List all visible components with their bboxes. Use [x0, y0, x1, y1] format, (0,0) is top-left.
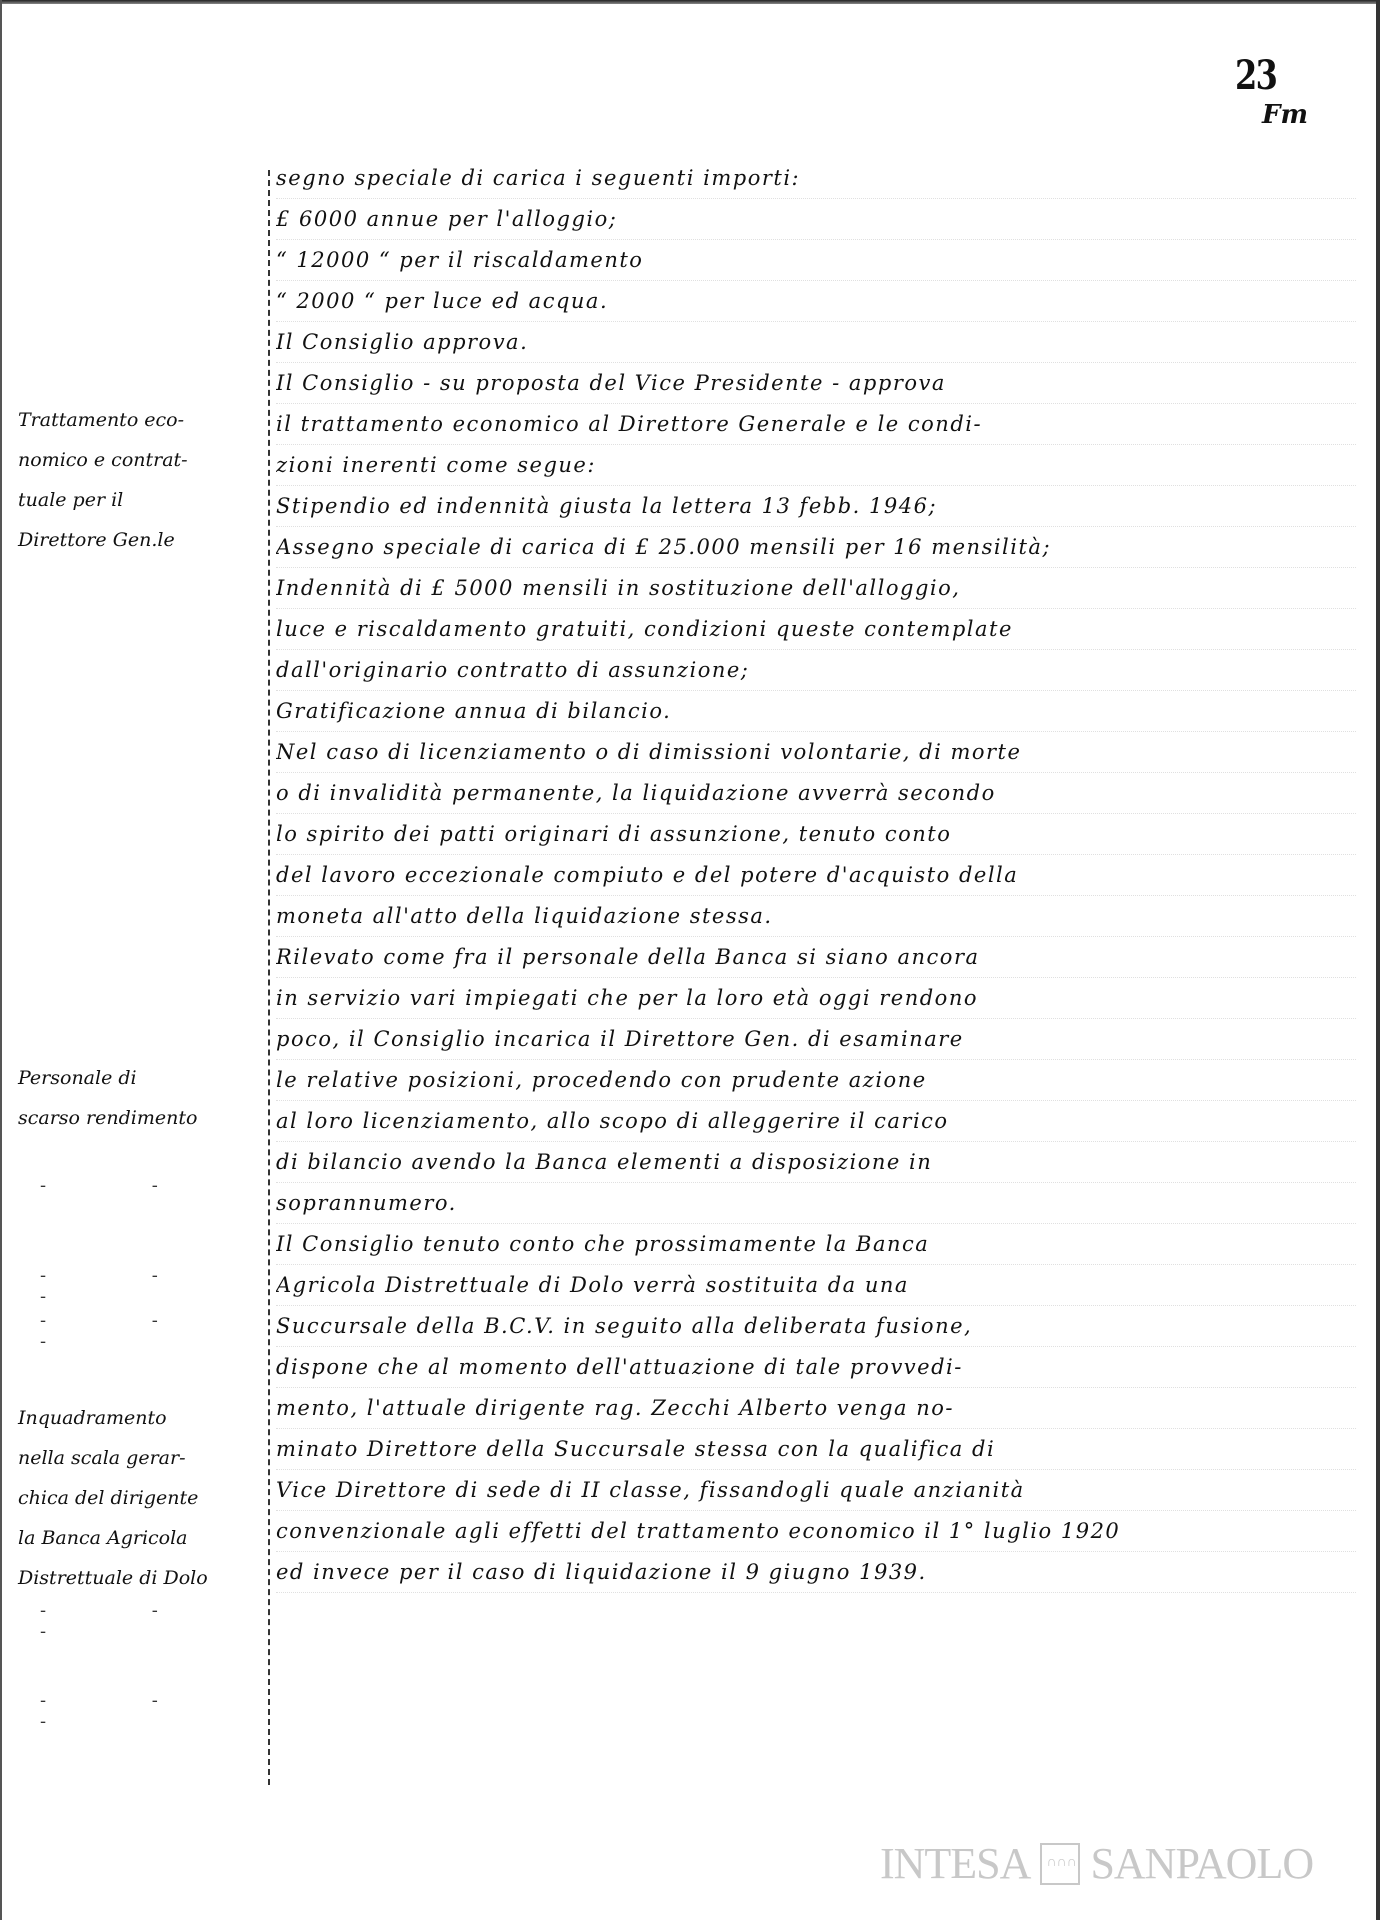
handwritten-body: segno speciale di carica i seguenti impo…: [276, 158, 1356, 1593]
body-line: Vice Direttore di sede di II classe, fis…: [276, 1470, 1356, 1511]
margin-note-line: la Banca Agricola: [18, 1518, 258, 1558]
page-initials: Fm: [1262, 100, 1308, 130]
body-line: di bilancio avendo la Banca elementi a d…: [276, 1142, 1356, 1183]
watermark-left-text: INTESA: [880, 1838, 1030, 1889]
body-line: luce e riscaldamento gratuiti, condizion…: [276, 609, 1356, 650]
margin-filler-dashes: - - -: [40, 1690, 240, 1732]
body-line: Succursale della B.C.V. in seguito alla …: [276, 1306, 1356, 1347]
body-line: moneta all'atto della liquidazione stess…: [276, 896, 1356, 937]
body-line: “ 12000 “ per il riscaldamento: [276, 240, 1356, 281]
watermark-right-text: SANPAOLO: [1090, 1838, 1313, 1889]
body-line: al loro licenziamento, allo scopo di all…: [276, 1101, 1356, 1142]
margin-note-line: nomico e contrat-: [18, 440, 258, 480]
body-line: dall'originario contratto di assunzione;: [276, 650, 1356, 691]
body-line: dispone che al momento dell'attuazione d…: [276, 1347, 1356, 1388]
body-line: convenzionale agli effetti del trattamen…: [276, 1511, 1356, 1552]
page-top-border: [0, 0, 1380, 4]
body-line: Assegno speciale di carica di £ 25.000 m…: [276, 527, 1356, 568]
body-line: minato Direttore della Succursale stessa…: [276, 1429, 1356, 1470]
margin-note-line: Distrettuale di Dolo: [18, 1558, 258, 1598]
page-right-edge: [1376, 0, 1380, 1920]
body-line: Nel caso di licenziamento o di dimission…: [276, 732, 1356, 773]
body-line: Indennità di £ 5000 mensili in sostituzi…: [276, 568, 1356, 609]
margin-note-line: nella scala gerar-: [18, 1438, 258, 1478]
margin-note-line: Trattamento eco-: [18, 400, 258, 440]
margin-filler-dashes: - - -: [40, 1600, 240, 1642]
body-line: il trattamento economico al Direttore Ge…: [276, 404, 1356, 445]
body-line: zioni inerenti come segue:: [276, 445, 1356, 486]
margin-note-director-salary: Trattamento eco- nomico e contrat- tuale…: [18, 400, 258, 560]
margin-note-line: Personale di: [18, 1058, 258, 1098]
body-line: le relative posizioni, procedendo con pr…: [276, 1060, 1356, 1101]
body-line: del lavoro eccezionale compiuto e del po…: [276, 855, 1356, 896]
body-line: soprannumero.: [276, 1183, 1356, 1224]
page-number: 23: [1235, 52, 1276, 99]
margin-filler-dashes: - -: [40, 1175, 240, 1196]
bank-logo-icon: [1040, 1843, 1080, 1885]
body-line: Rilevato come fra il personale della Ban…: [276, 937, 1356, 978]
margin-note-line: Inquadramento: [18, 1398, 258, 1438]
body-line: lo spirito dei patti originari di assunz…: [276, 814, 1356, 855]
body-line: Stipendio ed indennità giusta la lettera…: [276, 486, 1356, 527]
margin-note-line: chica del dirigente: [18, 1478, 258, 1518]
margin-note-line: tuale per il: [18, 480, 258, 520]
margin-note-low-performance-staff: Personale di scarso rendimento: [18, 1058, 258, 1138]
body-line: o di invalidità permanente, la liquidazi…: [276, 773, 1356, 814]
body-line: “ 2000 “ per luce ed acqua.: [276, 281, 1356, 322]
body-line: poco, il Consiglio incarica il Direttore…: [276, 1019, 1356, 1060]
body-line: segno speciale di carica i seguenti impo…: [276, 158, 1356, 199]
body-line: Il Consiglio tenuto conto che prossimame…: [276, 1224, 1356, 1265]
margin-filler-dashes: - - -: [40, 1265, 240, 1307]
body-line: Agricola Distrettuale di Dolo verrà sost…: [276, 1265, 1356, 1306]
margin-filler-dashes: - - -: [40, 1310, 240, 1352]
body-line: Gratificazione annua di bilancio.: [276, 691, 1356, 732]
body-line: Il Consiglio approva.: [276, 322, 1356, 363]
body-line: £ 6000 annue per l'alloggio;: [276, 199, 1356, 240]
body-line: ed invece per il caso di liquidazione il…: [276, 1552, 1356, 1593]
margin-rule: [268, 170, 270, 1785]
page-left-edge: [0, 0, 2, 1920]
margin-note-dolo-manager: Inquadramento nella scala gerar- chica d…: [18, 1398, 258, 1598]
margin-note-line: Direttore Gen.le: [18, 520, 258, 560]
intesa-sanpaolo-watermark: INTESA SANPAOLO: [880, 1838, 1313, 1889]
body-line: in servizio vari impiegati che per la lo…: [276, 978, 1356, 1019]
margin-note-line: scarso rendimento: [18, 1098, 258, 1138]
body-line: mento, l'attuale dirigente rag. Zecchi A…: [276, 1388, 1356, 1429]
body-line: Il Consiglio - su proposta del Vice Pres…: [276, 363, 1356, 404]
